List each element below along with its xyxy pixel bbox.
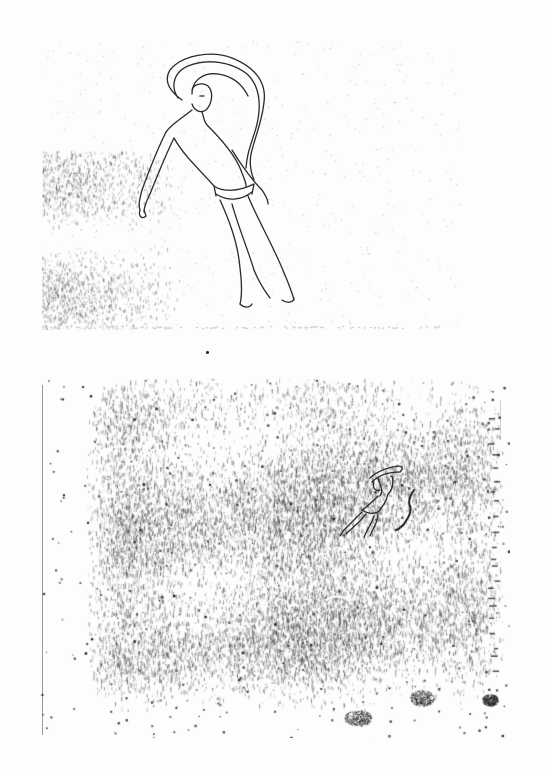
diving-figure-drawing xyxy=(40,378,510,738)
bottom-print-panel xyxy=(40,378,510,738)
scanned-page xyxy=(0,0,550,775)
standing-figure-drawing xyxy=(42,40,462,330)
ink-speck xyxy=(206,351,209,354)
top-print-panel xyxy=(42,40,462,330)
